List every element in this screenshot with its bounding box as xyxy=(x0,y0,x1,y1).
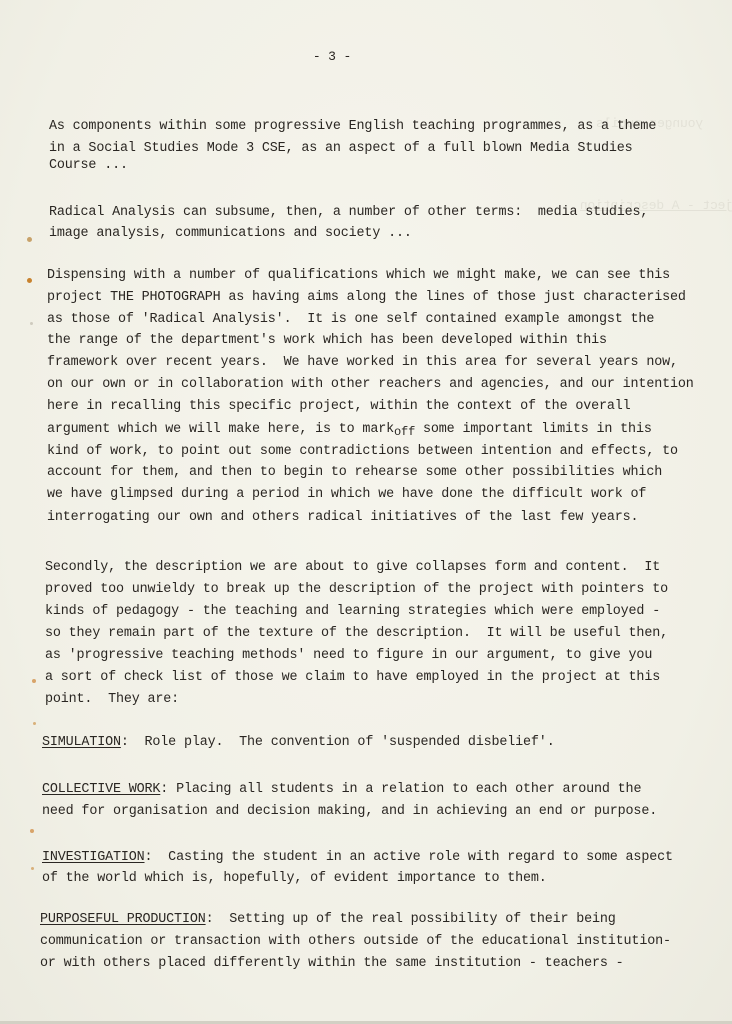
method-term: SIMULATION xyxy=(42,735,121,750)
text-line: argument which we will make here, is to … xyxy=(47,419,652,440)
method-description: Setting up of the real possibility of th… xyxy=(214,912,616,927)
method-term: COLLECTIVE WORK xyxy=(42,782,160,797)
text-line: project THE PHOTOGRAPH as having aims al… xyxy=(47,288,686,308)
text-line: Radical Analysis can subsume, then, a nu… xyxy=(49,203,648,223)
text-line: Secondly, the description we are about t… xyxy=(45,558,660,578)
text-line: as those of 'Radical Analysis'. It is on… xyxy=(47,310,654,330)
text-line: SIMULATION: Role play. The convention of… xyxy=(42,733,555,753)
text-line: As components within some progressive En… xyxy=(49,117,656,137)
text-line: Dispensing with a number of qualificatio… xyxy=(47,266,670,286)
method-description: Role play. The convention of 'suspended … xyxy=(129,735,555,750)
text-line: kind of work, to point out some contradi… xyxy=(47,442,678,462)
text-line: Course ... xyxy=(49,156,128,176)
text-line: on our own or in collaboration with othe… xyxy=(47,375,694,395)
text-line: communication or transaction with others… xyxy=(40,932,671,952)
document-page: younger pupils The Project - A descripti… xyxy=(0,0,732,1024)
page-number: - 3 - xyxy=(0,49,664,64)
method-colon: : xyxy=(160,782,168,797)
method-description: Placing all students in a relation to ea… xyxy=(168,782,641,797)
text-line: need for organisation and decision makin… xyxy=(42,802,657,822)
method-term: PURPOSEFUL PRODUCTION xyxy=(40,912,206,927)
margin-mark xyxy=(30,322,33,325)
margin-mark xyxy=(27,278,32,283)
method-term: INVESTIGATION xyxy=(42,850,145,865)
margin-mark xyxy=(31,867,34,870)
method-colon: : xyxy=(121,735,129,750)
text-line: in a Social Studies Mode 3 CSE, as an as… xyxy=(49,139,633,159)
text-line: PURPOSEFUL PRODUCTION: Setting up of the… xyxy=(40,910,616,930)
text-segment: some important limits in this xyxy=(415,422,652,437)
text-line: of the world which is, hopefully, of evi… xyxy=(42,869,547,889)
margin-mark xyxy=(27,237,32,242)
text-line: COLLECTIVE WORK: Placing all students in… xyxy=(42,780,641,800)
text-line: kinds of pedagogy - the teaching and lea… xyxy=(45,602,660,622)
text-line: as 'progressive teaching methods' need t… xyxy=(45,646,652,666)
text-line: proved too unwieldy to break up the desc… xyxy=(45,580,668,600)
text-line: framework over recent years. We have wor… xyxy=(47,353,678,373)
text-line: point. They are: xyxy=(45,690,179,710)
text-line: image analysis, communications and socie… xyxy=(49,224,412,244)
subscript-text: off xyxy=(394,425,415,439)
text-segment: argument which we will make here, is to … xyxy=(47,422,394,437)
text-line: we have glimpsed during a period in whic… xyxy=(47,485,646,505)
text-line: account for them, and then to begin to r… xyxy=(47,463,662,483)
text-line: a sort of check list of those we claim t… xyxy=(45,668,660,688)
method-colon: : xyxy=(206,912,214,927)
margin-mark xyxy=(33,722,36,725)
text-line: the range of the department's work which… xyxy=(47,331,607,351)
method-description: Casting the student in an active role wi… xyxy=(152,850,672,865)
text-line: or with others placed differently within… xyxy=(40,954,624,974)
margin-mark xyxy=(30,829,34,833)
text-line: interrogating our own and others radical… xyxy=(47,508,638,528)
text-line: here in recalling this specific project,… xyxy=(47,397,631,417)
text-line: so they remain part of the texture of th… xyxy=(45,624,668,644)
text-line: INVESTIGATION: Casting the student in an… xyxy=(42,848,673,868)
margin-mark xyxy=(32,679,36,683)
